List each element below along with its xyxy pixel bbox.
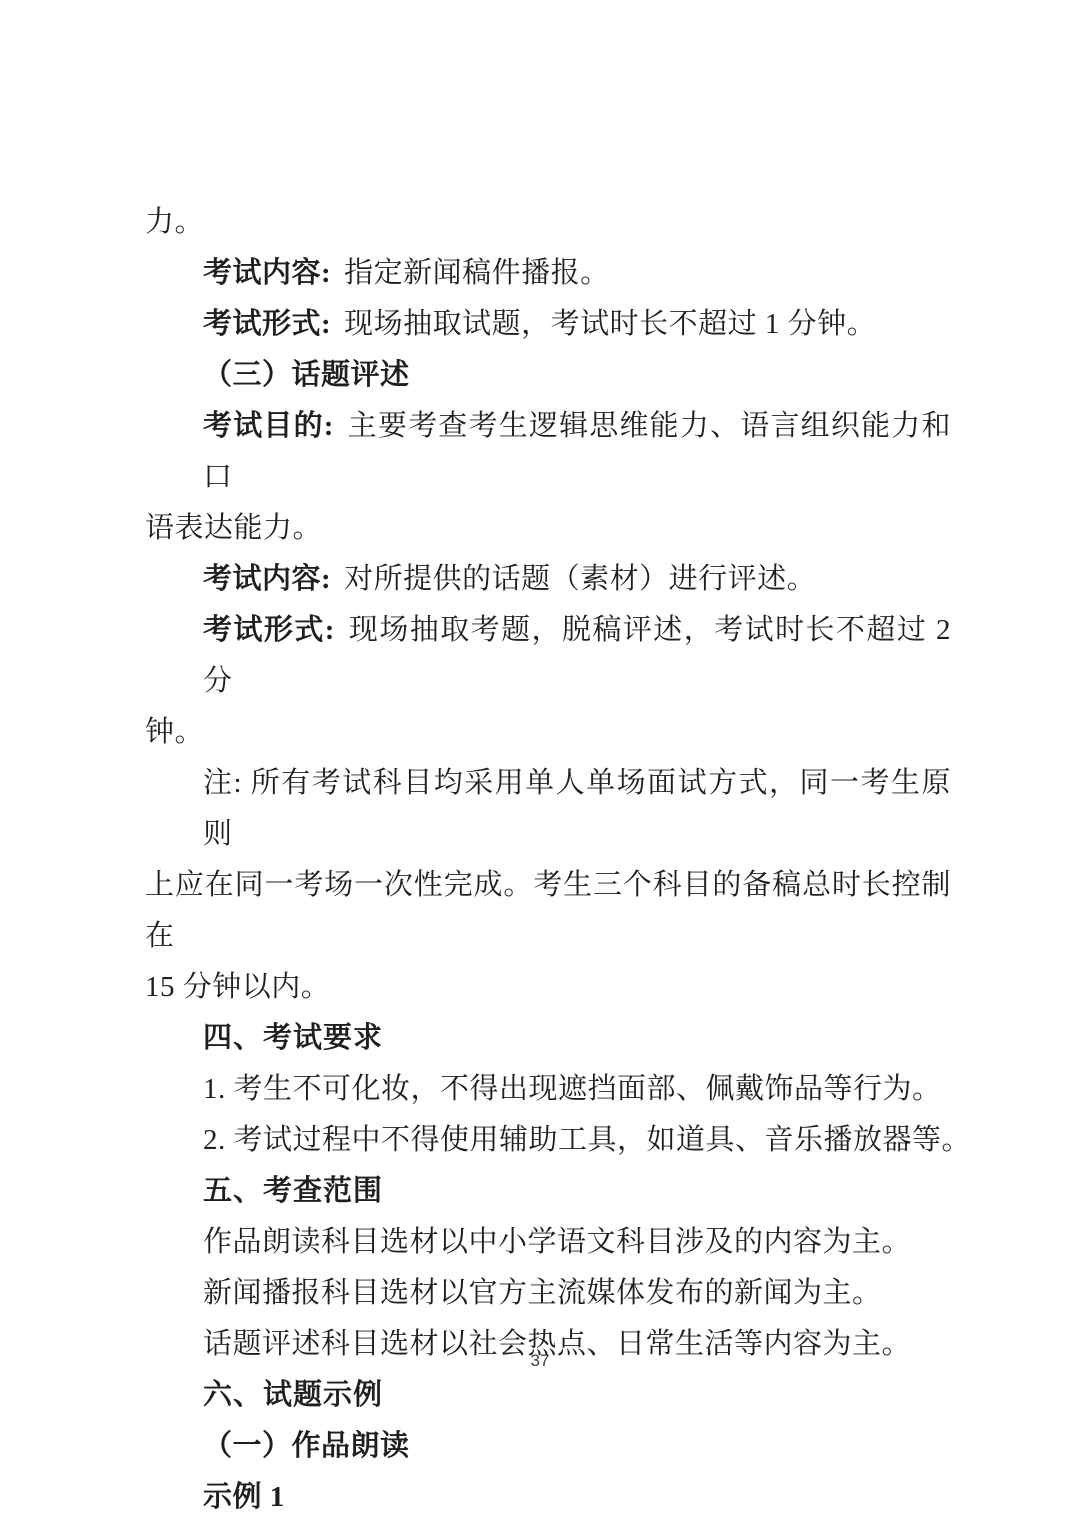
text-line: 考试内容:对所提供的话题（素材）进行评述。: [145, 554, 951, 605]
exam-format-text: 现场抽取试题，考试时长不超过 1 分钟。: [344, 308, 876, 340]
section-heading-exam-scope: 五、考查范围: [145, 1166, 951, 1217]
text-line: 作品朗读科目选材以中小学语文科目涉及的内容为主。: [145, 1217, 951, 1268]
text-line: 钟。: [145, 707, 951, 758]
exam-content-text: 指定新闻稿件播报。: [344, 257, 610, 289]
list-item: 2. 考试过程中不得使用辅助工具，如道具、音乐播放器等。: [145, 1115, 951, 1166]
text-line: 力。: [145, 197, 951, 248]
text-line: 新闻播报科目选材以官方主流媒体发布的新闻为主。: [145, 1268, 951, 1319]
text-line: 考试目的:主要考查考生逻辑思维能力、语言组织能力和口: [145, 401, 951, 503]
exam-format-label: 考试形式:: [203, 308, 331, 340]
document-body: 力。 考试内容:指定新闻稿件播报。 考试形式:现场抽取试题，考试时长不超过 1 …: [145, 197, 951, 1523]
exam-format-label: 考试形式:: [203, 614, 335, 646]
exam-purpose-label: 考试目的:: [203, 410, 334, 442]
text-line: 考试内容:指定新闻稿件播报。: [145, 248, 951, 299]
exam-content-label: 考试内容:: [203, 257, 331, 289]
subsection-heading: （三）话题评述: [145, 350, 951, 401]
text-line: 语表达能力。: [145, 503, 951, 554]
list-item: 1. 考生不可化妆，不得出现遮挡面部、佩戴饰品等行为。: [145, 1064, 951, 1115]
note-line: 注: 所有考试科目均采用单人单场面试方式，同一考生原则: [145, 758, 951, 860]
subsection-heading: （一）作品朗读: [145, 1421, 951, 1472]
section-heading-sample-questions: 六、试题示例: [145, 1370, 951, 1421]
text-line: 15 分钟以内。: [145, 962, 951, 1013]
text-line: 上应在同一考场一次性完成。考生三个科目的备稿总时长控制在: [145, 860, 951, 962]
exam-content-label: 考试内容:: [203, 563, 331, 595]
exam-content-text: 对所提供的话题（素材）进行评述。: [344, 563, 816, 595]
text-line: 考试形式:现场抽取试题，考试时长不超过 1 分钟。: [145, 299, 951, 350]
text-line: 考试形式:现场抽取考题，脱稿评述，考试时长不超过 2 分: [145, 605, 951, 707]
example-label: 示例 1: [145, 1472, 951, 1523]
section-heading-exam-requirements: 四、考试要求: [145, 1013, 951, 1064]
document-page: 力。 考试内容:指定新闻稿件播报。 考试形式:现场抽取试题，考试时长不超过 1 …: [0, 0, 1080, 1526]
page-number: 37: [0, 1351, 1080, 1371]
